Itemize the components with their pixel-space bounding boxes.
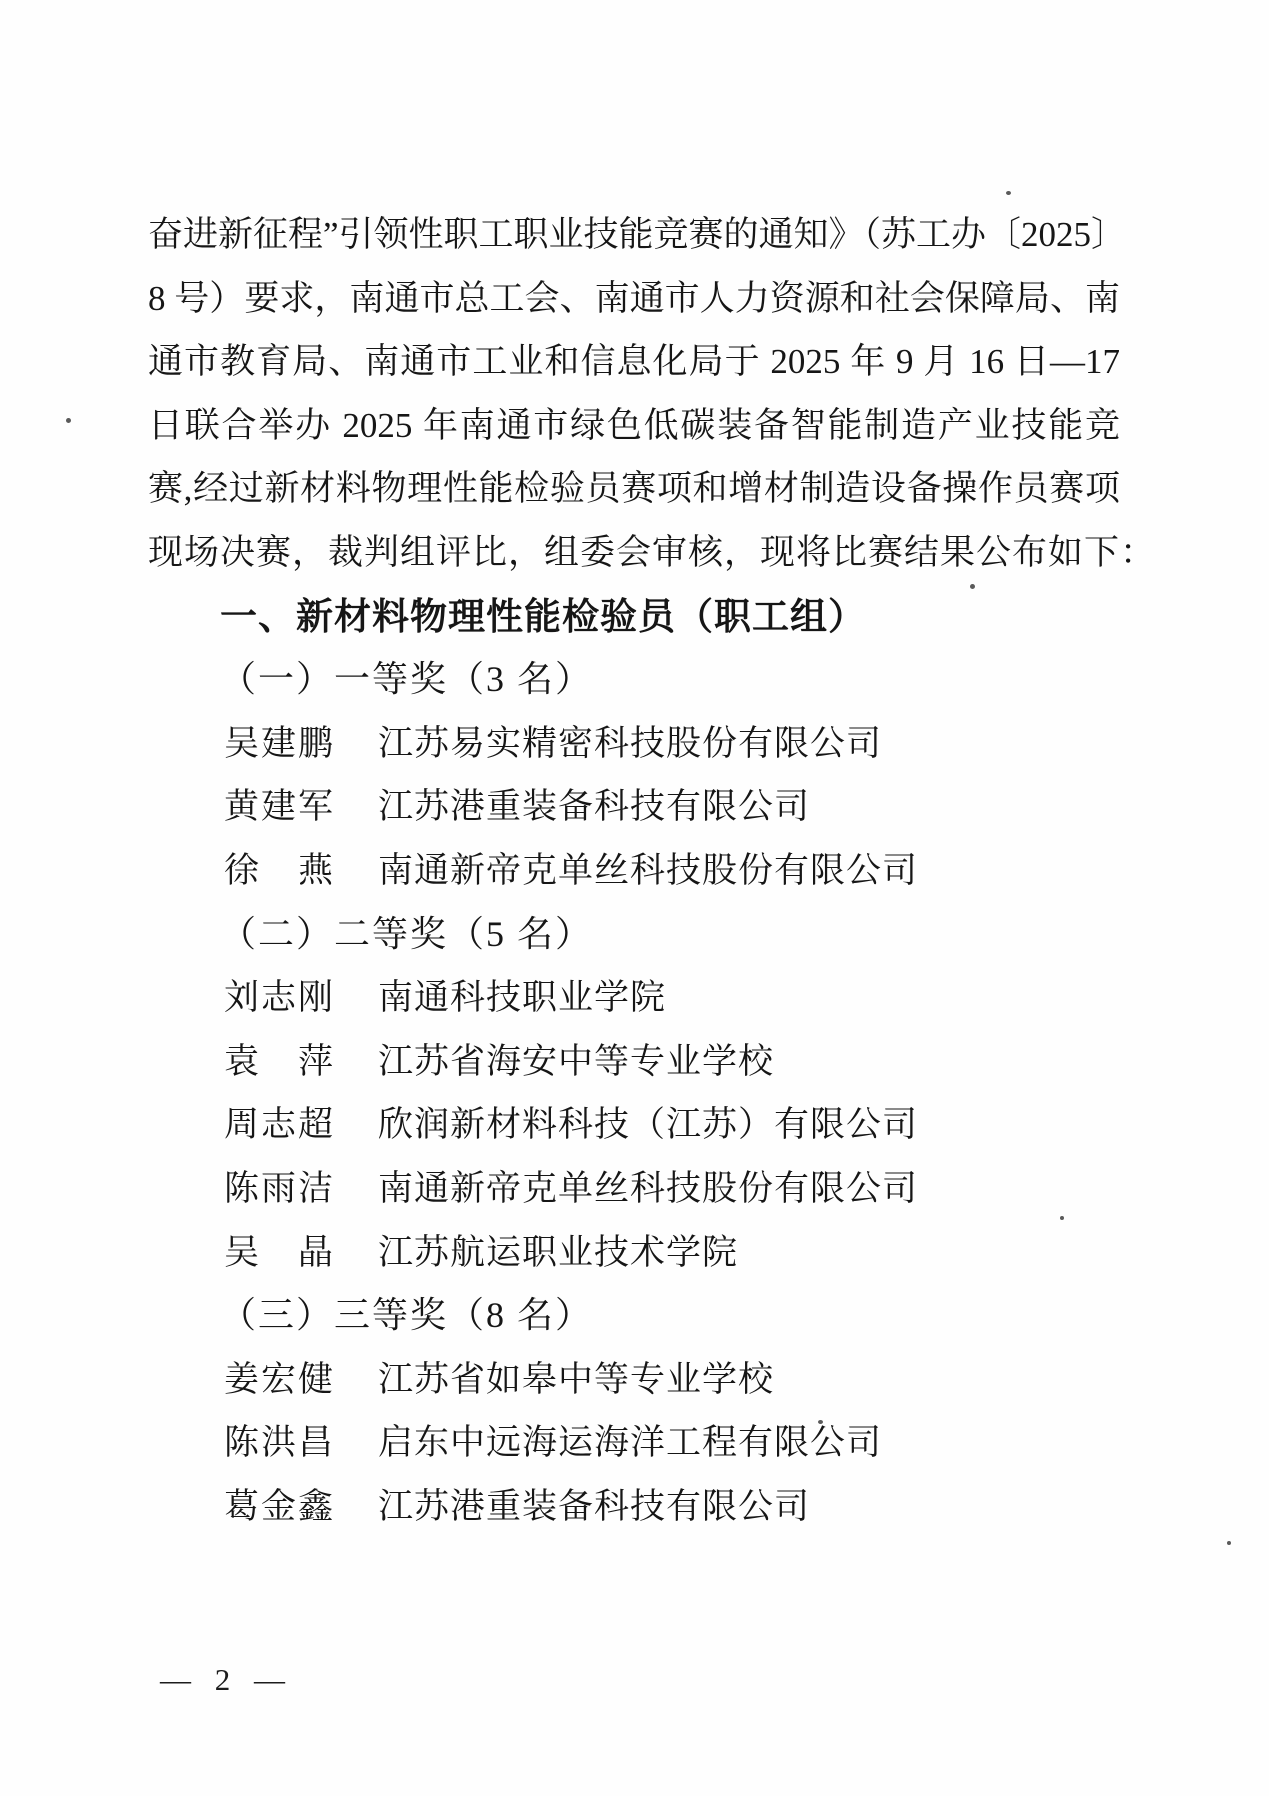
paragraph-line: 通市教育局、南通市工业和信息化局于 2025 年 9 月 16 日—17 bbox=[148, 330, 1120, 394]
winner-name: 刘志刚 bbox=[224, 966, 336, 1030]
winner-organization: 江苏港重装备科技有限公司 bbox=[378, 1475, 810, 1539]
winner-organization: 南通新帝克单丝科技股份有限公司 bbox=[378, 1157, 918, 1221]
paragraph-line: 现场决赛，裁判组评比，组委会审核，现将比赛结果公布如下： bbox=[148, 521, 1120, 585]
winner-organization: 欣润新材料科技（江苏）有限公司 bbox=[378, 1093, 918, 1157]
winner-name: 徐 燕 bbox=[224, 839, 336, 903]
winner-row: 黄建军江苏港重装备科技有限公司 bbox=[148, 775, 1120, 839]
winner-row: 周志超欣润新材料科技（江苏）有限公司 bbox=[148, 1093, 1120, 1157]
winner-name: 黄建军 bbox=[224, 775, 336, 839]
paragraph-line: 奋进新征程”引领性职工职业技能竞赛的通知》（苏工办〔2025〕 bbox=[148, 203, 1120, 267]
scan-speck bbox=[970, 584, 975, 589]
winner-name: 周志超 bbox=[224, 1093, 336, 1157]
winner-organization: 江苏省如皋中等专业学校 bbox=[378, 1348, 774, 1412]
winner-name: 葛金鑫 bbox=[224, 1475, 336, 1539]
winner-row: 姜宏健江苏省如皋中等专业学校 bbox=[148, 1348, 1120, 1412]
winner-organization: 启东中远海运海洋工程有限公司 bbox=[378, 1411, 882, 1475]
scan-speck bbox=[1227, 1541, 1231, 1545]
winner-row: 吴 晶江苏航运职业技术学院 bbox=[148, 1221, 1120, 1285]
scanned-document-page: 奋进新征程”引领性职工职业技能竞赛的通知》（苏工办〔2025〕 8 号）要求，南… bbox=[0, 0, 1269, 1796]
winner-row: 袁 萍江苏省海安中等专业学校 bbox=[148, 1030, 1120, 1094]
scan-speck bbox=[818, 1420, 823, 1424]
winner-name: 袁 萍 bbox=[224, 1030, 336, 1094]
winner-name: 吴 晶 bbox=[224, 1221, 336, 1285]
winner-organization: 江苏省海安中等专业学校 bbox=[378, 1030, 774, 1094]
award-tier-label-second-prize: （二）二等奖（5 名） bbox=[148, 903, 1120, 967]
award-tier-label-third-prize: （三）三等奖（8 名） bbox=[148, 1284, 1120, 1348]
scan-speck bbox=[66, 418, 71, 423]
document-body: 奋进新征程”引领性职工职业技能竞赛的通知》（苏工办〔2025〕 8 号）要求，南… bbox=[148, 203, 1120, 1538]
winner-name: 吴建鹏 bbox=[224, 712, 336, 776]
paragraph-line: 日联合举办 2025 年南通市绿色低碳装备智能制造产业技能竞 bbox=[148, 394, 1120, 458]
winner-organization: 江苏港重装备科技有限公司 bbox=[378, 775, 810, 839]
winner-name: 陈洪昌 bbox=[224, 1411, 336, 1475]
winner-row: 吴建鹏江苏易实精密科技股份有限公司 bbox=[148, 712, 1120, 776]
winner-row: 陈雨洁南通新帝克单丝科技股份有限公司 bbox=[148, 1157, 1120, 1221]
winner-row: 刘志刚南通科技职业学院 bbox=[148, 966, 1120, 1030]
winner-name: 陈雨洁 bbox=[224, 1157, 336, 1221]
scan-speck bbox=[1006, 191, 1011, 195]
paragraph-line: 赛,经过新材料物理性能检验员赛项和增材制造设备操作员赛项 bbox=[148, 457, 1120, 521]
winner-name: 姜宏健 bbox=[224, 1348, 336, 1412]
winner-organization: 江苏易实精密科技股份有限公司 bbox=[378, 712, 882, 776]
page-number: — 2 — bbox=[160, 1662, 293, 1698]
paragraph-line: 8 号）要求，南通市总工会、南通市人力资源和社会保障局、南 bbox=[148, 267, 1120, 331]
section-heading: 一、新材料物理性能检验员（职工组） bbox=[148, 585, 1120, 649]
winner-row: 陈洪昌启东中远海运海洋工程有限公司 bbox=[148, 1411, 1120, 1475]
winner-organization: 江苏航运职业技术学院 bbox=[378, 1221, 738, 1285]
winner-organization: 南通新帝克单丝科技股份有限公司 bbox=[378, 839, 918, 903]
scan-speck bbox=[1060, 1216, 1064, 1220]
winner-organization: 南通科技职业学院 bbox=[378, 966, 666, 1030]
winner-row: 徐 燕南通新帝克单丝科技股份有限公司 bbox=[148, 839, 1120, 903]
award-tier-label-first-prize: （一）一等奖（3 名） bbox=[148, 648, 1120, 712]
winner-row: 葛金鑫江苏港重装备科技有限公司 bbox=[148, 1475, 1120, 1539]
